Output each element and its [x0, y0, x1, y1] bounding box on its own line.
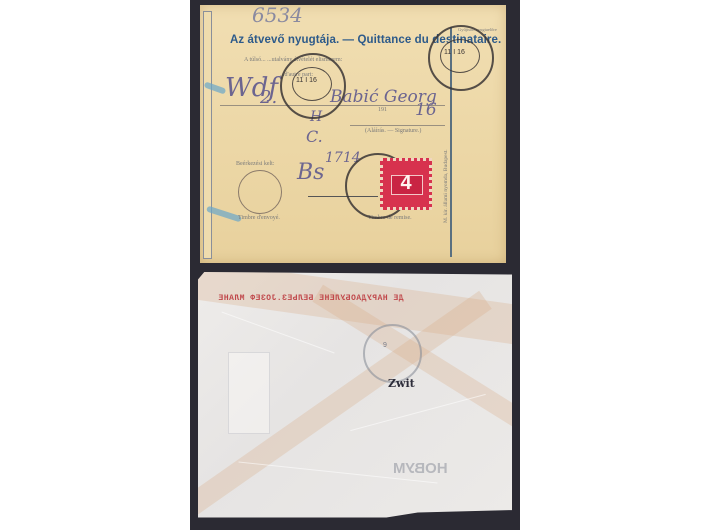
seal-circle	[238, 170, 282, 214]
postage-due-stamp: 4	[380, 158, 432, 210]
printer-note: M. kir. állami nyomda, Budapest.	[443, 149, 449, 223]
postmark-digits: 9	[383, 342, 387, 349]
receipt-form: 6534 Az átvevő nyugtája. — Quittance du …	[200, 5, 506, 263]
signature-label: (Aláírás. — Signature.)	[365, 128, 421, 134]
handwriting: Bs	[297, 160, 324, 185]
pencil-note: Zwit	[388, 377, 415, 390]
crease	[221, 312, 334, 354]
stamp-caption-left: Timbre d'envoyé.	[238, 215, 280, 221]
postmark-date: 11 I 16	[296, 77, 317, 84]
side-strip	[203, 11, 212, 259]
window-patch	[228, 352, 270, 434]
handwriting-year: 16	[415, 100, 437, 120]
envelope-back: ДЕ НАРУДАОБУЛЕНЕ БЕЛЬЕЗ.ЈОЗЕФ МЛАНЕ 9 Zw…	[198, 272, 512, 520]
postmark	[363, 324, 422, 383]
postmark-date: 11 I 16	[444, 49, 465, 56]
pencil-number: 6534	[252, 3, 303, 27]
ghost-print: НОВУМ	[393, 460, 448, 477]
stamp-value: 4	[391, 172, 421, 195]
handwriting: 2.	[260, 87, 277, 108]
crease	[350, 394, 485, 431]
red-overprint: ДЕ НАРУДАОБУЛЕНЕ БЕЛЬЕЗ.ЈОЗЕФ МЛАНЕ	[218, 294, 404, 303]
date-field: 191	[378, 107, 387, 113]
stamp-label-left: Beérkezési kelt:	[236, 161, 274, 167]
postmark-inner	[440, 39, 480, 73]
postmark-inner	[292, 67, 332, 101]
signature-line	[350, 125, 445, 126]
handwriting: C.	[306, 127, 323, 146]
